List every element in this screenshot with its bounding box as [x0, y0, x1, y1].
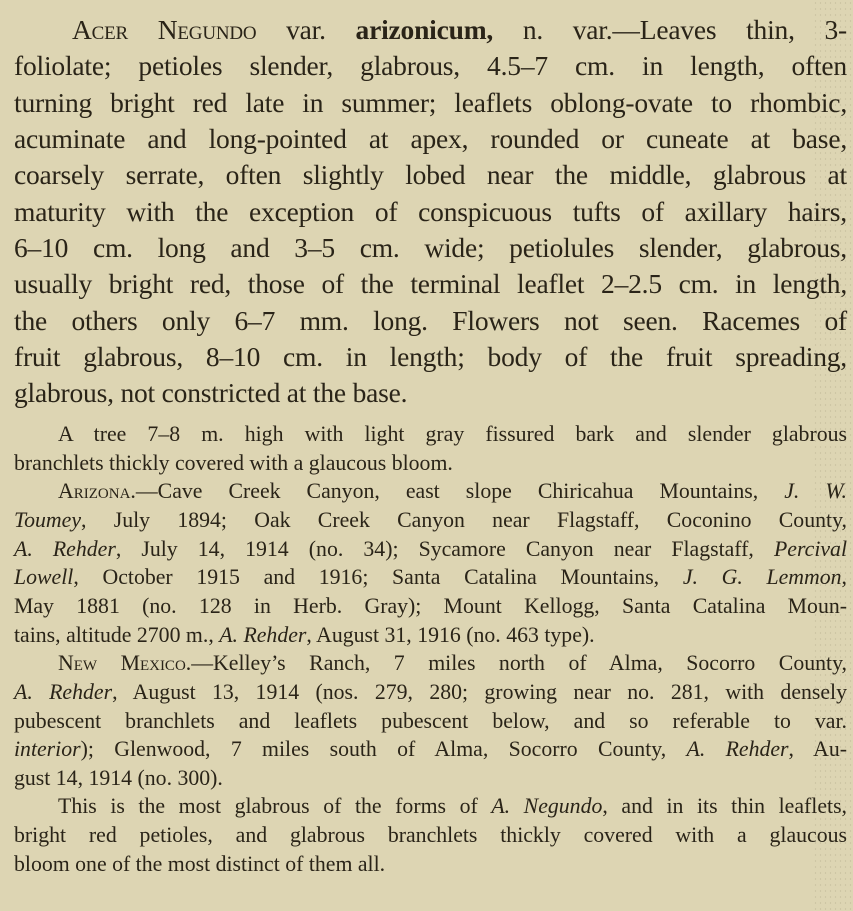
new-mexico-specimens: New Mexico.—Kelley’s Ranch, 7 miles nort… — [14, 649, 847, 792]
collector: A. Rehder — [219, 623, 306, 647]
variety-epithet: arizonicum, — [356, 14, 494, 45]
species-name: Negundo — [158, 14, 257, 45]
species-reference: A. Negundo — [491, 794, 602, 818]
state-arizona: Arizona. — [58, 479, 136, 503]
nomenclatural-status: n. var. — [523, 14, 613, 45]
description-line-1: Acer Negundo var. arizonicum, n. var.—Le… — [14, 12, 847, 48]
description-line: fruit glabrous, 8–10 cm. in length; body… — [14, 339, 847, 375]
description-line: 6–10 cm. long and 3–5 cm. wide; petiolul… — [14, 230, 847, 266]
collector: Lowell — [14, 565, 73, 589]
variety-reference: interior — [14, 737, 81, 761]
description-line: usually bright red, those of the termina… — [14, 266, 847, 302]
collector: A. Rehder — [14, 537, 116, 561]
description-line: coarsely serrate, often slightly lobed n… — [14, 157, 847, 193]
collector: A. Rehder — [14, 680, 112, 704]
description-line: acuminate and long-pointed at apex, roun… — [14, 121, 847, 157]
arizona-specimens: Arizona.—Cave Creek Canyon, east slope C… — [14, 477, 847, 649]
genus-name: Acer — [72, 14, 128, 45]
collector: Percival — [774, 537, 847, 561]
collector: A. Rehder — [687, 737, 789, 761]
collector: J. W. — [784, 479, 847, 503]
description-line: maturity with the exception of conspicuo… — [14, 194, 847, 230]
habit-paragraph: A tree 7–8 m. high with light gray fissu… — [14, 420, 847, 477]
description-line: foliolate; petioles slender, glabrous, 4… — [14, 48, 847, 84]
state-new-mexico: New Mexico. — [58, 651, 191, 675]
rank-abbr: var. — [286, 14, 326, 45]
description-line: glabrous, not constricted at the base. — [14, 375, 847, 411]
description-line: the others only 6–7 mm. long. Flowers no… — [14, 303, 847, 339]
collector: J. G. Lemmon — [683, 565, 842, 589]
description-line: turning bright red late in summer; leafl… — [14, 85, 847, 121]
document-page: Acer Negundo var. arizonicum, n. var.—Le… — [0, 0, 853, 911]
remarks-paragraph: This is the most glabrous of the forms o… — [14, 792, 847, 878]
collector: Toumey — [14, 508, 81, 532]
taxon-description: Acer Negundo var. arizonicum, n. var.—Le… — [14, 12, 847, 412]
